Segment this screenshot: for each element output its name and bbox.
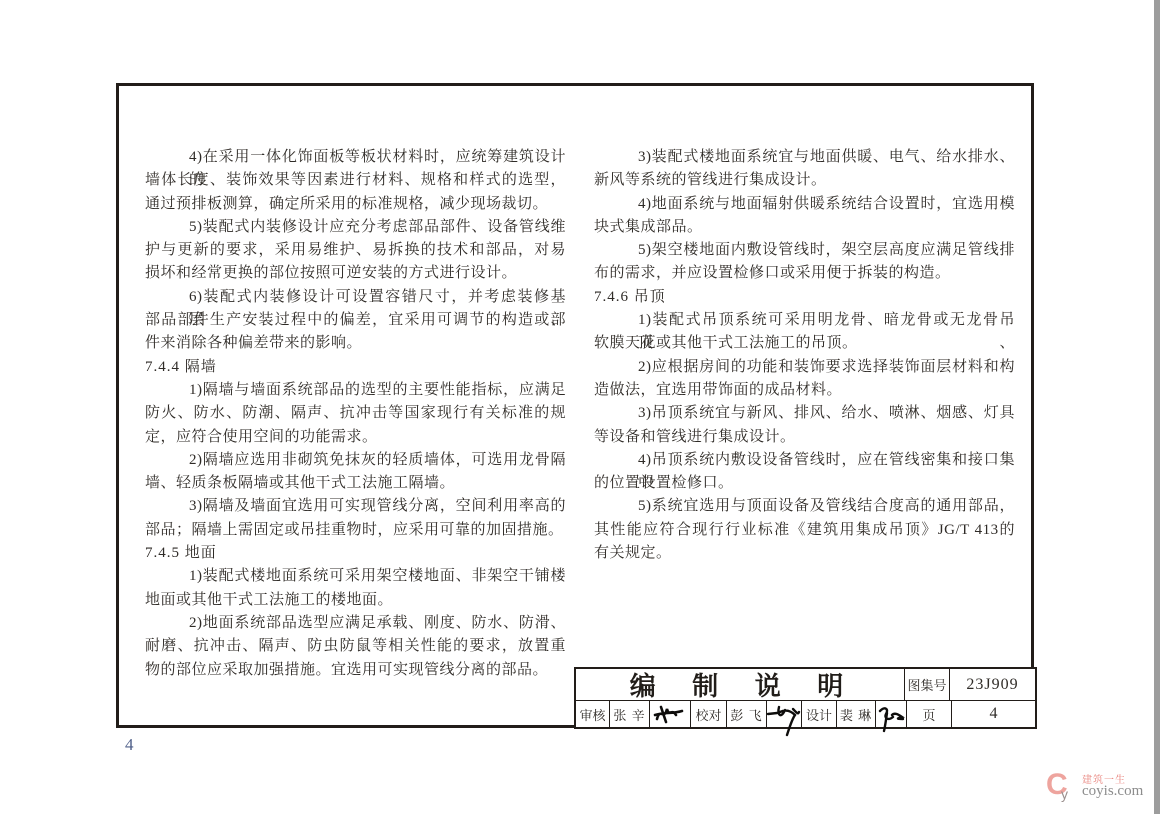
- signature-scribble-icon: [876, 703, 906, 725]
- text-line: 损坏和经常更换的部位按照可逆安装的方式进行设计。: [145, 262, 566, 285]
- sheet-title: 编 制 说 明: [576, 669, 904, 700]
- text-line: 3)隔墙及墙面宜选用可实现管线分离，空间利用率高的: [145, 495, 566, 518]
- title-block-signature-row: 审核 张 辛 校对 彭 飞 设计 裴 琳 页 4: [576, 701, 1035, 727]
- title-block-top-row: 编 制 说 明 图集号 23J909: [576, 669, 1035, 701]
- text-line: 定，应符合使用空间的功能需求。: [145, 426, 566, 449]
- page-label: 页: [906, 701, 951, 727]
- text-line: 块式集成部品。: [594, 216, 1015, 239]
- text-line: 墙、轻质条板隔墙或其他干式工法施工隔墙。: [145, 472, 566, 495]
- text-line: 2)隔墙应选用非砌筑免抹灰的轻质墙体，可选用龙骨隔: [145, 449, 566, 472]
- text-line: 布的需求，并应设置检修口或采用便于拆装的构造。: [594, 262, 1015, 285]
- text-line: 新风等系统的管线进行集成设计。: [594, 169, 1015, 192]
- text-line: 物的部位应采取加强措施。宜选用可实现管线分离的部品。: [145, 659, 566, 682]
- designer-name: 裴 琳: [836, 701, 875, 727]
- text-line: 3)装配式楼地面系统宜与地面供暖、电气、给水排水、: [594, 146, 1015, 169]
- text-line: 5)架空楼地面内敷设管线时，架空层高度应满足管线排: [594, 239, 1015, 262]
- reviewer-label: 审核: [576, 701, 609, 727]
- text-line: 1)隔墙与墙面系统部品的选型的主要性能指标，应满足: [145, 379, 566, 402]
- watermark-brand-url: coyis.com: [1082, 783, 1143, 800]
- text-line: 防火、防水、防潮、隔声、抗冲击等国家现行有关标准的规: [145, 402, 566, 425]
- checker-signature: [766, 701, 801, 727]
- text-line: 地面或其他干式工法施工的楼地面。: [145, 589, 566, 612]
- text-column-right: 3)装配式楼地面系统宜与地面供暖、电气、给水排水、新风等系统的管线进行集成设计。…: [594, 146, 1015, 565]
- text-line: 4)在采用一体化饰面板等板状材料时，应统筹建筑设计的: [145, 146, 566, 169]
- text-line: 4)地面系统与地面辐射供暖系统结合设置时，宜选用模: [594, 193, 1015, 216]
- text-line: 的位置设置检修口。: [594, 472, 1015, 495]
- text-line: 等设备和管线进行集成设计。: [594, 426, 1015, 449]
- page-number-value: 4: [951, 701, 1035, 727]
- right-edge-strip: [1154, 0, 1160, 814]
- corner-page-number: 4: [125, 735, 134, 755]
- text-line: 5)系统宜选用与顶面设备及管线结合度高的通用部品，: [594, 495, 1015, 518]
- signature-scribble-icon: [767, 703, 801, 725]
- reviewer-signature: [649, 701, 690, 727]
- watermark: C y 建筑一生 coyis.com: [1046, 770, 1154, 808]
- text-line: 5)装配式内装修设计应充分考虑部品部件、设备管线维: [145, 216, 566, 239]
- text-line: 7.4.5 地面: [145, 542, 566, 565]
- text-line: 其性能应符合现行行业标准《建筑用集成吊顶》JG/T 413的: [594, 519, 1015, 542]
- text-line: 1)装配式楼地面系统可采用架空楼地面、非架空干铺楼: [145, 565, 566, 588]
- checker-label: 校对: [690, 701, 726, 727]
- text-line: 护与更新的要求，采用易维护、易拆换的技术和部品，对易: [145, 239, 566, 262]
- text-line: 有关规定。: [594, 542, 1015, 565]
- text-line: 1)装配式吊顶系统可采用明龙骨、暗龙骨或无龙骨吊顶、: [594, 309, 1015, 332]
- text-line: 2)地面系统部品选型应满足承载、刚度、防水、防滑、: [145, 612, 566, 635]
- title-block: 编 制 说 明 图集号 23J909 审核 张 辛 校对 彭 飞 设计 裴 琳: [574, 667, 1037, 729]
- text-line: 部品部件生产安装过程中的偏差，宜采用可调节的构造或部: [145, 309, 566, 332]
- atlas-number-label: 图集号: [904, 669, 949, 700]
- text-line: 3)吊顶系统宜与新风、排风、给水、喷淋、烟感、灯具: [594, 402, 1015, 425]
- checker-name: 彭 飞: [726, 701, 766, 727]
- text-line: 2)应根据房间的功能和装饰要求选择装饰面层材料和构: [594, 356, 1015, 379]
- watermark-logo-sub-icon: y: [1061, 786, 1068, 802]
- text-line: 造做法，宜选用带饰面的成品材料。: [594, 379, 1015, 402]
- text-line: 件来消除各种偏差带来的影响。: [145, 332, 566, 355]
- text-line: 通过预排板测算，确定所采用的标准规格，减少现场裁切。: [145, 193, 566, 216]
- text-line: 部品；隔墙上需固定或吊挂重物时，应采用可靠的加固措施。: [145, 519, 566, 542]
- text-column-left: 4)在采用一体化饰面板等板状材料时，应统筹建筑设计的墙体长度、装饰效果等因素进行…: [145, 146, 566, 682]
- text-line: 墙体长度、装饰效果等因素进行材料、规格和样式的选型，: [145, 169, 566, 192]
- signature-scribble-icon: [652, 703, 688, 725]
- document-page: 4)在采用一体化饰面板等板状材料时，应统筹建筑设计的墙体长度、装饰效果等因素进行…: [0, 0, 1160, 814]
- text-line: 耐磨、抗冲击、隔声、防虫防鼠等相关性能的要求，放置重: [145, 635, 566, 658]
- text-line: 6)装配式内装修设计可设置容错尺寸，并考虑装修基层、: [145, 286, 566, 309]
- designer-label: 设计: [801, 701, 836, 727]
- text-line: 4)吊顶系统内敷设设备管线时，应在管线密集和接口集中: [594, 449, 1015, 472]
- text-line: 7.4.6 吊顶: [594, 286, 1015, 309]
- designer-signature: [875, 701, 906, 727]
- reviewer-name: 张 辛: [609, 701, 649, 727]
- atlas-number-value: 23J909: [949, 669, 1035, 700]
- text-line: 7.4.4 隔墙: [145, 356, 566, 379]
